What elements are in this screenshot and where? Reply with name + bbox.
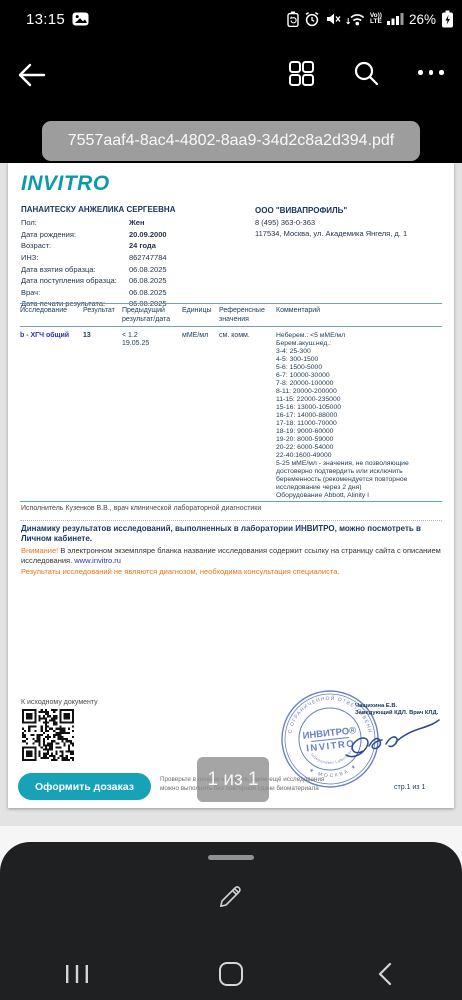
- wifi-icon: [346, 11, 365, 27]
- home-icon[interactable]: [218, 961, 244, 987]
- page-counter-overlay: 1 из 1: [197, 757, 269, 802]
- battery-charging-icon: [441, 10, 454, 28]
- table-bottom-line: [20, 501, 442, 502]
- clock: 13:15: [26, 11, 65, 28]
- patient-info-row: Дата взятия образца: 06.08.2025: [21, 263, 167, 275]
- comment-line: 11-15: 22000-235000: [276, 396, 448, 404]
- info-label: Возраст:: [21, 241, 129, 250]
- recent-apps-icon[interactable]: [65, 963, 89, 985]
- edit-pencil-icon[interactable]: [217, 882, 245, 910]
- invitro-logo: INVITRO: [21, 172, 110, 196]
- battery-saver-icon: [287, 11, 299, 27]
- attention-label: Внимание!: [21, 546, 58, 555]
- info-label: Врач:: [21, 288, 129, 297]
- col-header-comment: Комментарий: [276, 307, 320, 316]
- battery-percent: 26%: [409, 12, 436, 27]
- clinic-address: 117534, Москва, ул. Академика Янгеля, д.…: [255, 228, 407, 240]
- comment-line: Берем.акуш.нед.:: [276, 340, 448, 348]
- comment-line: Оборудование Abbott, Alinity I: [276, 492, 448, 500]
- comment-line: 3-4: 25-300: [276, 348, 448, 356]
- comment-line: 4-5: 300-1500: [276, 356, 448, 364]
- volte-indicator: Vo)) LTE: [370, 13, 382, 25]
- comment-line: исследование через 2 дня): [276, 484, 448, 492]
- clinic-name: ООО "ВИВАПРОФИЛЬ": [255, 205, 407, 217]
- patient-info-row: Пол: Жен: [21, 217, 167, 229]
- pages-grid-icon[interactable]: [288, 60, 315, 87]
- info-label: Пол:: [21, 218, 129, 227]
- col-header-result: Результат: [83, 307, 115, 316]
- reference-value: см. комм.: [219, 332, 275, 340]
- comment-line: 17-18: 11000-70000: [276, 420, 448, 428]
- col-header-units: Единицы: [182, 307, 211, 316]
- attention-note: Внимание! В электронном экземпляре бланк…: [21, 546, 449, 566]
- patient-info-row: Врач: 06.08.2025: [21, 287, 167, 299]
- comment-line: 19-20: 8000-59000: [276, 436, 448, 444]
- executor-line: Исполнитель Кузенков В.В., врач клиничес…: [21, 505, 261, 512]
- info-value: 862747784: [129, 253, 167, 262]
- comment-line: 22-40:1600-49000: [276, 452, 448, 460]
- info-label: ИНЗ:: [21, 253, 129, 262]
- table-header-line: [20, 326, 442, 327]
- comment-line: 5-6: 1500-5000: [276, 364, 448, 372]
- units-value: мМЕ/мл: [182, 332, 208, 340]
- pdf-page: INVITRO ПАНАИТЕСКУ АНЖЕЛИКА СЕРГЕЕВНА По…: [8, 163, 454, 808]
- comment-line: 16-17: 14000-88000: [276, 412, 448, 420]
- info-value: 06.08.2025: [129, 265, 167, 274]
- col-header-test: Исследование: [20, 307, 67, 316]
- mute-icon: [325, 11, 341, 27]
- more-options-icon[interactable]: [418, 70, 444, 75]
- previous-date: 19.05.25: [122, 340, 178, 348]
- status-icons: Vo)) LTE 26%: [287, 10, 454, 28]
- info-value: 20.09.2000: [129, 230, 167, 239]
- info-value: Жен: [129, 218, 144, 227]
- order-followup-button[interactable]: Оформить дозаказ: [18, 773, 151, 800]
- col-header-reference: Референсные значения: [219, 307, 275, 324]
- qr-code: [22, 709, 74, 761]
- col-header-previous: Предыдущий результат/дата: [122, 307, 178, 324]
- patient-info-row: Дата рождения: 20.09.2000: [21, 229, 167, 241]
- comment-line: 7-8: 20000-100000: [276, 380, 448, 388]
- back-icon[interactable]: [14, 58, 48, 92]
- comment-line: 6-7: 10000-30000: [276, 372, 448, 380]
- nav-back-icon[interactable]: [376, 961, 394, 987]
- qr-label: К исходному документу: [21, 699, 98, 706]
- previous-result: < 1.2 19.05.25: [122, 332, 178, 348]
- comment-line: Неберем.: <5 мМЕ/мл: [276, 332, 448, 340]
- info-label: Дата взятия образца:: [21, 265, 129, 274]
- alarm-icon: [304, 11, 320, 27]
- patient-info-list: Пол: Жен Дата рождения: 20.09.2000 Возра…: [21, 217, 167, 310]
- info-label: Дата поступления образца:: [21, 276, 129, 285]
- doctor-signature: [333, 715, 443, 763]
- comment-lines: Неберем.: <5 мМЕ/млБерем.акуш.нед.:3-4: …: [276, 332, 448, 500]
- image-notification-icon: [72, 12, 89, 26]
- patient-info-row: ИНЗ: 862747784: [21, 252, 167, 264]
- status-bar: 13:15: [0, 0, 462, 42]
- previous-value: < 1.2: [122, 332, 178, 340]
- table-top-line: [20, 303, 442, 304]
- signal-strength-icon: [387, 12, 404, 26]
- comment-line: достоверно подтвердить или исключить: [276, 468, 448, 476]
- info-value: 06.08.2025: [129, 276, 167, 285]
- comment-line: 5-25 мМЕ/мл - значения, не позволяющие: [276, 460, 448, 468]
- page-counter-text: 1 из 1: [207, 769, 258, 791]
- comment-line: беременность (рекомендуется повторное: [276, 476, 448, 484]
- comment-line: 15-16: 13000-105000: [276, 404, 448, 412]
- phone-screen: 13:15: [0, 0, 462, 1000]
- dynamics-note: Динамику результатов исследований, выпол…: [21, 524, 451, 544]
- sheet-drag-handle[interactable]: [208, 855, 254, 860]
- signer-name: Чащихина Е.В.: [355, 703, 438, 710]
- clinic-block: ООО "ВИВАПРОФИЛЬ" 8 (495) 363-0-363 1175…: [255, 205, 407, 240]
- invitro-site-link[interactable]: www.invitro.ru: [74, 556, 121, 565]
- patient-info-row: Возраст: 24 года: [21, 240, 167, 252]
- result-value: 13: [83, 332, 91, 340]
- navigation-bar: [0, 948, 462, 1000]
- test-name-link[interactable]: b - ХГЧ общий: [20, 332, 69, 340]
- patient-name: ПАНАИТЕСКУ АНЖЕЛИКА СЕРГЕЕВНА: [21, 205, 175, 214]
- comment-line: 18-19: 9000-60000: [276, 428, 448, 436]
- page-number-label: стр.1 из 1: [394, 784, 425, 791]
- info-value: 24 года: [129, 241, 156, 250]
- comment-line: 8-11: 20000-200000: [276, 388, 448, 396]
- viewer-toolbar: [0, 42, 462, 108]
- clinic-phone: 8 (495) 363-0-363: [255, 217, 407, 229]
- dotted-separator: [20, 520, 442, 521]
- filename-text: 7557aaf4-8ac4-4802-8aa9-34d2c8a2d394.pdf: [68, 132, 395, 150]
- disclaimer-note: Результаты исследований не являются диаг…: [21, 567, 449, 576]
- filename-toast: 7557aaf4-8ac4-4802-8aa9-34d2c8a2d394.pdf: [42, 121, 420, 161]
- patient-info-row: Дата поступления образца: 06.08.2025: [21, 275, 167, 287]
- comment-line: 20-22: 6000-54000: [276, 444, 448, 452]
- search-icon[interactable]: [352, 59, 380, 87]
- info-value: 06.08.2025: [129, 288, 167, 297]
- info-label: Дата рождения:: [21, 230, 129, 239]
